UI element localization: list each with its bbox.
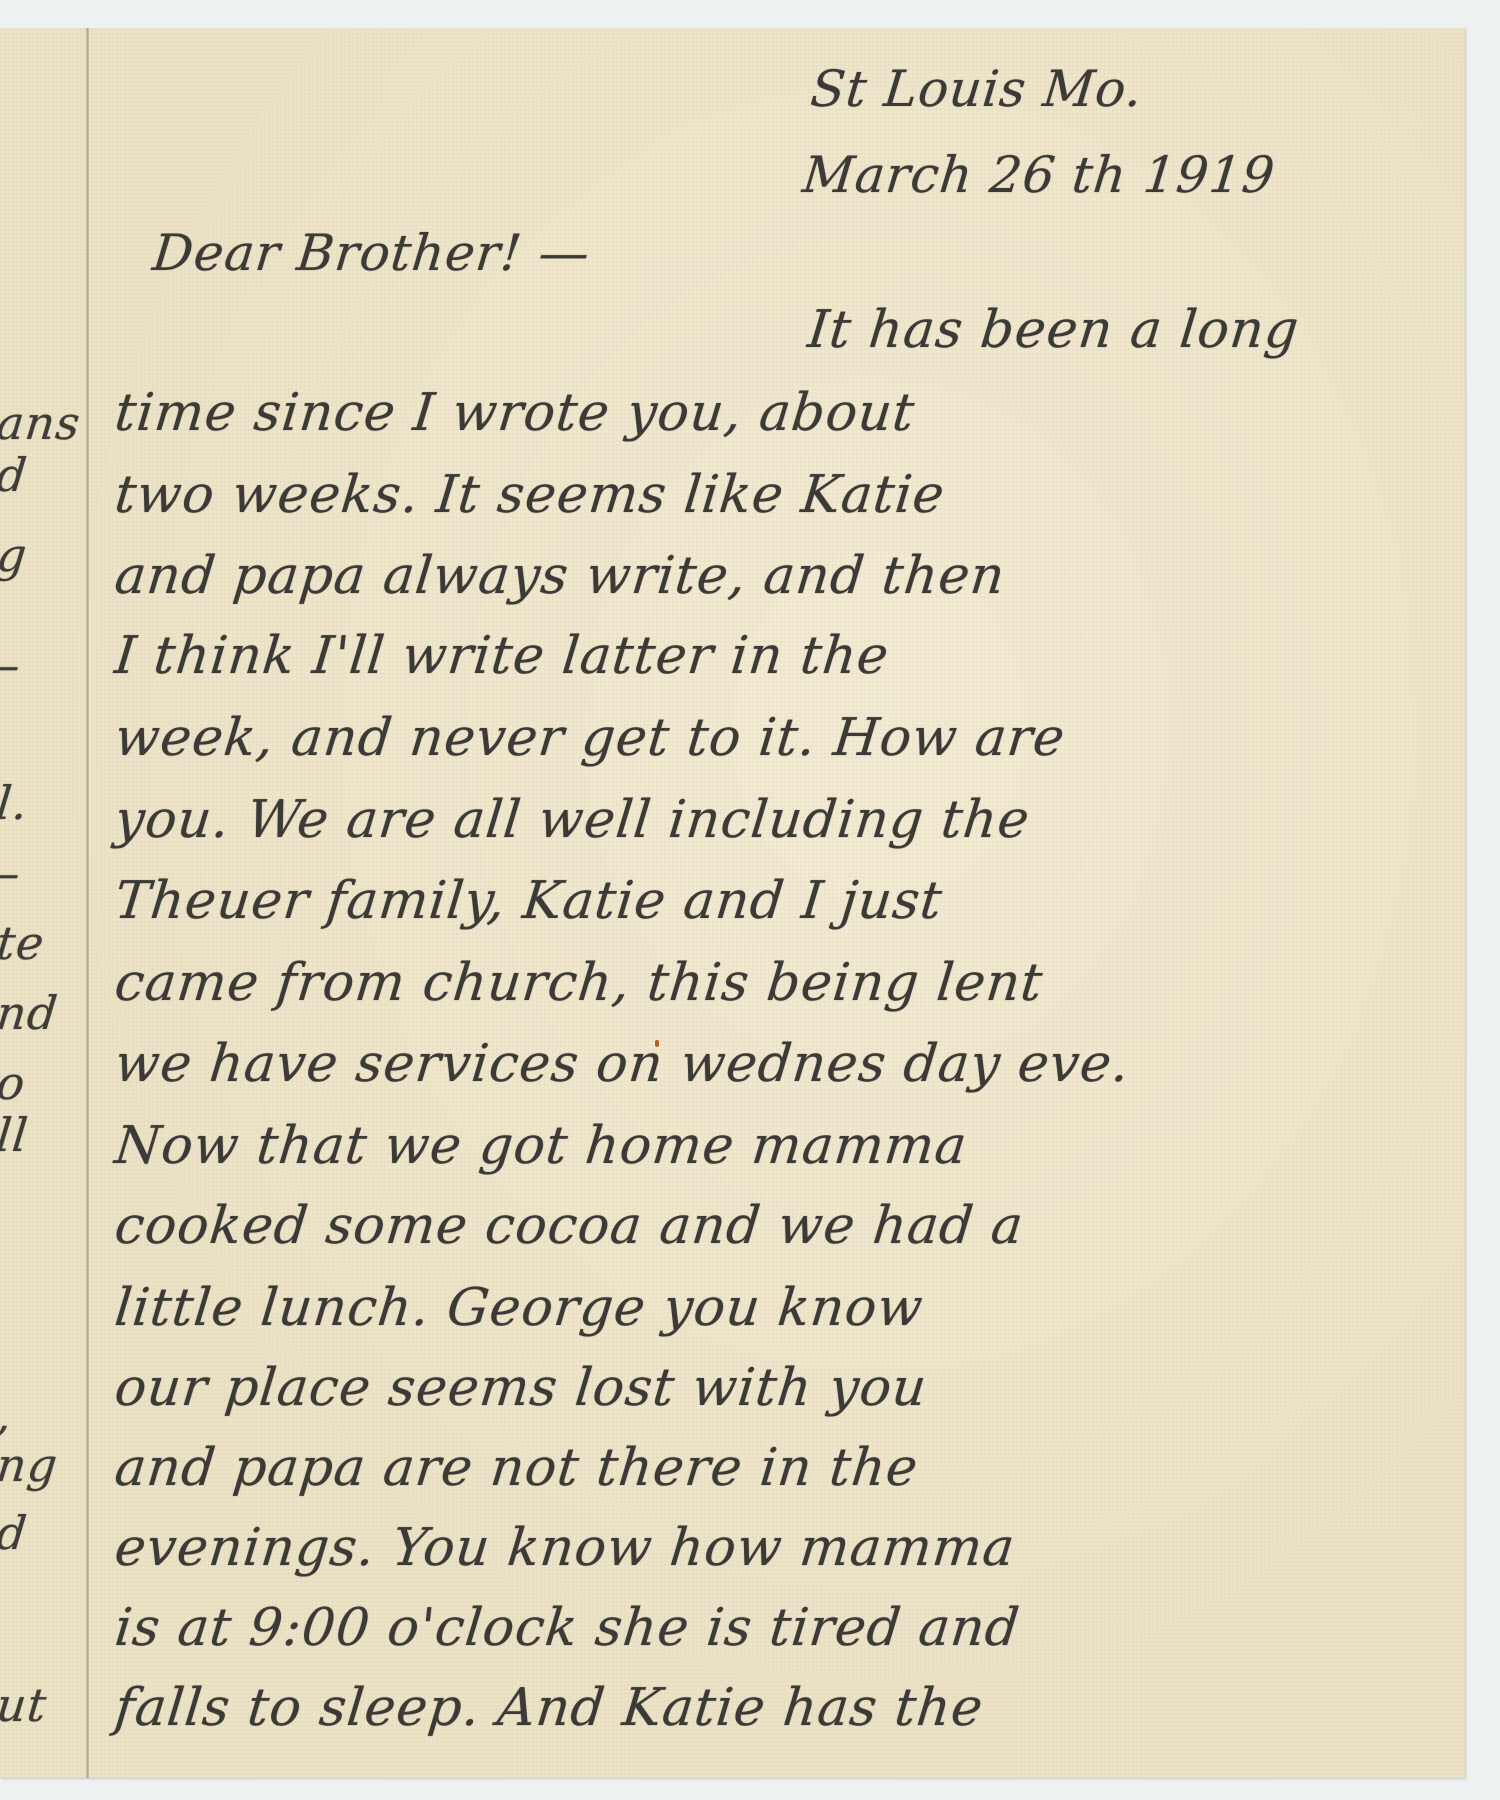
margin-fragment: ans [0, 396, 83, 450]
body-line: week, and never get to it. How are [112, 708, 1068, 768]
body-line: came from church, this being lent [112, 953, 1046, 1013]
margin-fragment: o [0, 1056, 28, 1110]
letter-salutation: Dear Brother! — [150, 224, 593, 282]
margin-fragment: te [0, 916, 47, 970]
body-line: cooked some cocoa and we had a [112, 1196, 1027, 1256]
letter-page: ans d g – l. – te nd o ll , ng d ut St L… [0, 28, 1465, 1778]
body-line: I think I'll write latter in the [112, 626, 892, 686]
margin-fragment: – [0, 638, 24, 692]
margin-fragment: nd [0, 986, 61, 1040]
body-line: evenings. You know how mamma [112, 1518, 1018, 1578]
paper-stain-mark [655, 1040, 659, 1047]
margin-fragment: d [0, 1506, 30, 1560]
margin-fragment: l. [0, 776, 31, 830]
body-line: is at 9:00 o'clock she is tired and [112, 1598, 1023, 1658]
body-line: Theuer family, Katie and I just [112, 871, 946, 931]
body-line: time since I wrote you, about [112, 383, 918, 443]
page-fold-line [86, 28, 89, 1778]
margin-fragment: , [0, 1388, 15, 1442]
letter-place: St Louis Mo. [808, 60, 1146, 118]
body-line: and papa always write, and then [112, 546, 1008, 606]
margin-fragment: ng [0, 1438, 61, 1492]
margin-fragment: ll [0, 1108, 31, 1162]
margin-fragment: g [0, 528, 30, 582]
body-line: we have services on wednes day eve. [112, 1034, 1133, 1094]
letter-date: March 26 th 1919 [800, 146, 1278, 204]
body-line: It has been a long [805, 300, 1302, 360]
body-line: falls to sleep. And Katie has the [112, 1678, 986, 1738]
margin-fragment: – [0, 846, 24, 900]
body-line: and papa are not there in the [112, 1438, 921, 1498]
body-line: two weeks. It seems like Katie [112, 465, 948, 525]
body-line: our place seems lost with you [112, 1358, 930, 1418]
margin-fragment: d [0, 448, 30, 502]
body-line: Now that we got home mamma [112, 1116, 970, 1176]
body-line: you. We are all well including the [112, 790, 1033, 850]
body-line: little lunch. George you know [112, 1278, 926, 1338]
margin-fragment: ut [0, 1678, 50, 1732]
